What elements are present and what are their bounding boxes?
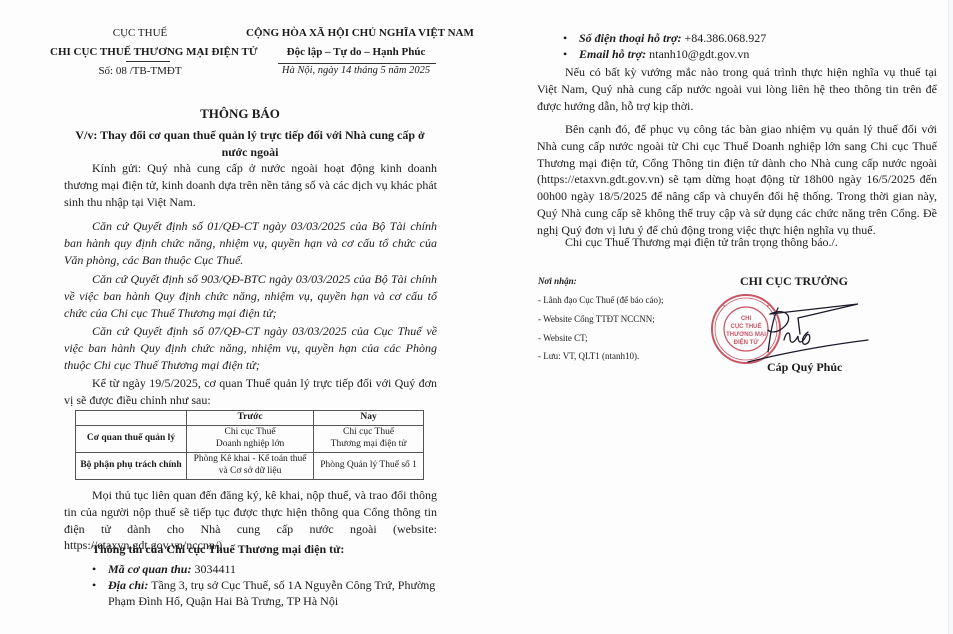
closing-paragraph: Chi cục Thuế Thương mại điện tử trân trọ… [537, 234, 937, 251]
table-row: Bộ phận phụ trách chính Phòng Kê khai - … [76, 452, 424, 479]
bullet-icon: • [92, 577, 96, 593]
agency-name: CHI CỤC THUẾ THƯƠNG MẠI ĐIỆN TỬ [50, 46, 246, 58]
contact-item-email: • Email hỗ trợ: ntanh10@gdt.gov.vn [563, 46, 933, 62]
contact-item-tax-code: • Mã cơ quan thu: 3034411 [92, 561, 437, 577]
contact-list-left: • Mã cơ quan thu: 3034411 • Địa chỉ: Tần… [92, 561, 437, 609]
basis-paragraph-3: Căn cứ Quyết định số 07/QĐ-CT ngày 03/03… [64, 323, 437, 373]
contact-item-phone: • Số điện thoại hỗ trợ: +84.386.068.927 [563, 30, 933, 46]
table-header-row: Trước Nay [76, 411, 424, 426]
signer-name: Cáp Quý Phúc [767, 360, 842, 375]
svg-text:✦: ✦ [723, 304, 727, 308]
agency-underline [126, 61, 170, 62]
greeting-paragraph: Kính gửi: Quý nhà cung cấp ở nước ngoài … [64, 160, 437, 210]
table-header-cell [76, 411, 187, 426]
now-cell: Phòng Quản lý Thuế số 1 [314, 452, 424, 479]
bullet-icon: • [92, 561, 96, 577]
basis-paragraph-2: Căn cứ Quyết định số 903/QĐ-BTC ngày 03/… [64, 271, 437, 321]
document-page: CỤC THUẾ CHI CỤC THUẾ THƯƠNG MẠI ĐIỆN TỬ… [0, 0, 949, 634]
contact-title: Thông tin của Chi cục Thuế Thương mại đi… [92, 542, 344, 557]
table-header-cell: Nay [314, 411, 424, 426]
questions-paragraph: Nếu có bất kỳ vướng mắc nào trong quá tr… [537, 64, 937, 114]
agency-parent: CỤC THUẾ [60, 27, 220, 39]
change-table: Trước Nay Cơ quan thuế quản lý Chi cục T… [75, 410, 424, 480]
table-row: Cơ quan thuế quản lý Chi cục ThuếDoanh n… [76, 425, 424, 452]
motto-underline [278, 63, 436, 64]
place-date: Hà Nội, ngày 14 tháng 5 năm 2025 [246, 65, 466, 76]
recipient-item: - Lãnh đạo Cục Thuế (để báo cáo); [538, 295, 664, 305]
row-label: Bộ phận phụ trách chính [76, 452, 187, 479]
basis-paragraph-1: Căn cứ Quyết định số 01/QĐ-CT ngày 03/03… [64, 218, 437, 268]
row-label: Cơ quan thuế quản lý [76, 425, 187, 452]
before-cell: Phòng Kê khai - Kế toán thuếvà Cơ sở dữ … [187, 452, 314, 479]
effective-paragraph: Kể từ ngày 19/5/2025, cơ quan Thuế quản … [64, 375, 437, 409]
recipients-title: Nơi nhận: [538, 276, 577, 286]
now-cell: Chi cục ThuếThương mại điện tử [314, 425, 424, 452]
bullet-icon: • [563, 46, 567, 62]
document-subject: V/v: Thay đổi cơ quan thuế quản lý trực … [70, 127, 430, 161]
maintenance-paragraph: Bên cạnh đó, để phục vụ công tác bàn gia… [537, 121, 937, 239]
signer-title: CHI CỤC TRƯỞNG [740, 274, 848, 289]
recipient-item: - Website CT; [538, 333, 588, 343]
contact-item-address: • Địa chỉ: Tầng 3, trụ sở Cục Thuế, số 1… [92, 577, 437, 609]
bullet-icon: • [563, 30, 567, 46]
doc-number: Số: 08 /TB-TMĐT [60, 65, 220, 77]
before-cell: Chi cục ThuếDoanh nghiệp lớn [187, 425, 314, 452]
table-header-cell: Trước [187, 411, 314, 426]
country-name: CỘNG HÒA XÃ HỘI CHỦ NGHĨA VIỆT NAM [246, 27, 466, 39]
recipient-item: - Website Cổng TTĐT NCCNN; [538, 314, 655, 324]
contact-list-right: • Số điện thoại hỗ trợ: +84.386.068.927 … [563, 30, 933, 62]
national-motto: Độc lập – Tự do – Hạnh Phúc [246, 46, 466, 58]
document-title: THÔNG BÁO [60, 106, 420, 122]
recipient-item: - Lưu: VT, QLT1 (ntanh10). [538, 351, 639, 361]
